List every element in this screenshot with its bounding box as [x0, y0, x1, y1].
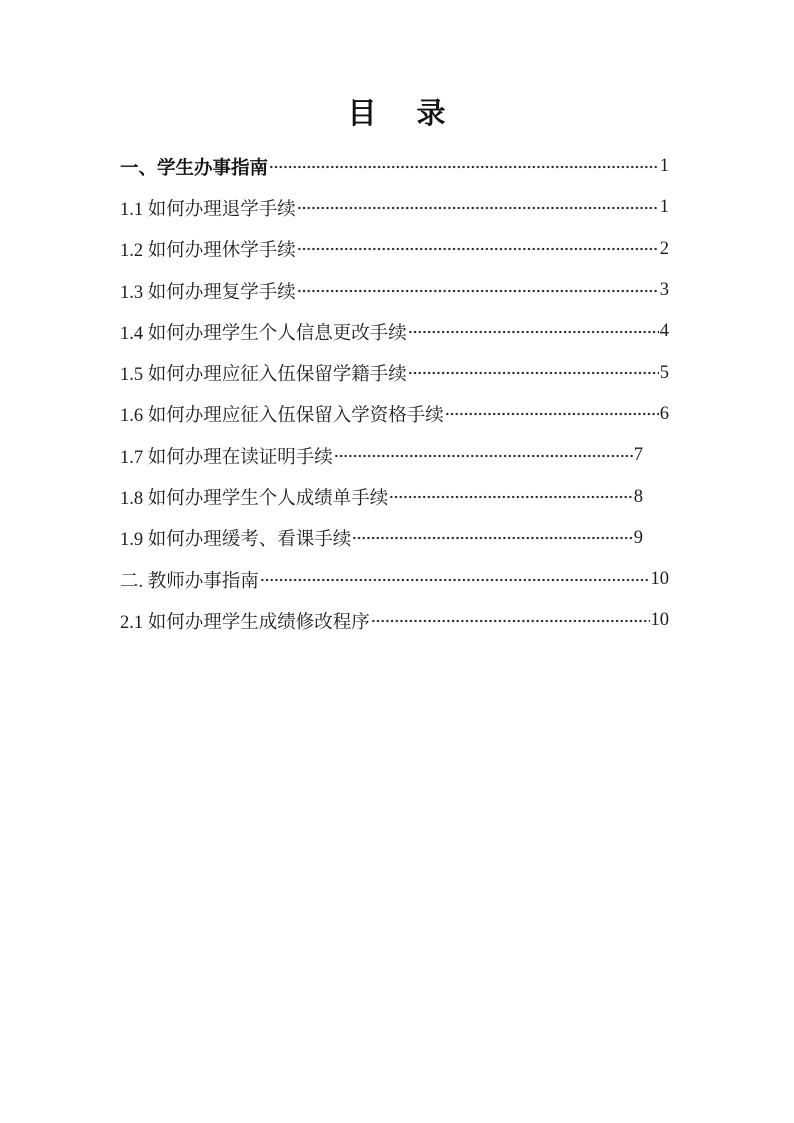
toc-entry-page: 1	[660, 197, 669, 218]
dot-leader	[269, 158, 659, 176]
toc-entry-label: 1.8 如何办理学生个人成绩单手续	[120, 484, 388, 510]
toc-entry: 2.1 如何办理学生成绩修改程序 10	[120, 600, 669, 641]
dot-leader	[260, 571, 650, 589]
toc-entry-page: 3	[660, 280, 669, 301]
table-of-contents: 一、学生办事指南 1 1.1 如何办理退学手续 1 1.2 如何办理休学手续 2…	[120, 146, 669, 642]
dot-leader	[334, 447, 633, 465]
toc-entry-label: 1.6 如何办理应征入伍保留入学资格手续	[120, 401, 444, 427]
toc-entry-page: 2	[660, 239, 669, 260]
toc-entry: 1.6 如何办理应征入伍保留入学资格手续 6	[120, 394, 669, 435]
dot-leader	[352, 529, 632, 547]
toc-entry: 1.9 如何办理缓考、看课手续 9	[120, 518, 643, 559]
dot-leader	[297, 282, 659, 300]
toc-entry-label: 1.9 如何办理缓考、看课手续	[120, 525, 351, 551]
toc-entry-page: 10	[651, 610, 670, 631]
toc-entry: 二. 教师办事指南 10	[120, 559, 669, 600]
toc-entry-label: 1.3 如何办理复学手续	[120, 278, 296, 304]
toc-entry-page: 5	[660, 363, 669, 384]
toc-entry-page: 9	[634, 528, 643, 549]
toc-entry: 1.2 如何办理休学手续 2	[120, 229, 669, 270]
dot-leader	[445, 405, 659, 423]
toc-entry-label: 一、学生办事指南	[120, 154, 268, 180]
document-page: 目 录 一、学生办事指南 1 1.1 如何办理退学手续 1 1.2 如何办理休学…	[0, 0, 794, 1123]
toc-entry: 1.3 如何办理复学手续 3	[120, 270, 669, 311]
toc-entry-page: 6	[660, 404, 669, 425]
toc-entry-label: 1.2 如何办理休学手续	[120, 236, 296, 262]
toc-entry-label: 1.1 如何办理退学手续	[120, 195, 296, 221]
toc-entry: 一、学生办事指南 1	[120, 146, 669, 187]
dot-leader	[297, 199, 659, 217]
toc-entry-page: 8	[634, 487, 643, 508]
toc-entry: 1.4 如何办理学生个人信息更改手续 4	[120, 311, 669, 352]
toc-entry-label: 1.5 如何办理应征入伍保留学籍手续	[120, 360, 407, 386]
toc-entry: 1.8 如何办理学生个人成绩单手续 8	[120, 476, 643, 517]
toc-entry-label: 二. 教师办事指南	[120, 567, 259, 593]
toc-entry-page: 7	[634, 445, 643, 466]
toc-entry-label: 1.4 如何办理学生个人信息更改手续	[120, 319, 407, 345]
toc-entry: 1.1 如何办理退学手续 1	[120, 187, 669, 228]
toc-entry: 1.5 如何办理应征入伍保留学籍手续 5	[120, 352, 669, 393]
dot-leader	[408, 323, 659, 341]
dot-leader	[389, 488, 632, 506]
toc-entry-page: 1	[660, 156, 669, 177]
dot-leader	[371, 612, 650, 630]
toc-entry-label: 2.1 如何办理学生成绩修改程序	[120, 608, 370, 634]
dot-leader	[408, 364, 659, 382]
dot-leader	[297, 240, 659, 258]
toc-entry-page: 4	[660, 321, 669, 342]
toc-entry-page: 10	[651, 569, 670, 590]
toc-entry-label: 1.7 如何办理在读证明手续	[120, 443, 333, 469]
page-title: 目 录	[0, 94, 794, 134]
toc-entry: 1.7 如何办理在读证明手续 7	[120, 435, 643, 476]
